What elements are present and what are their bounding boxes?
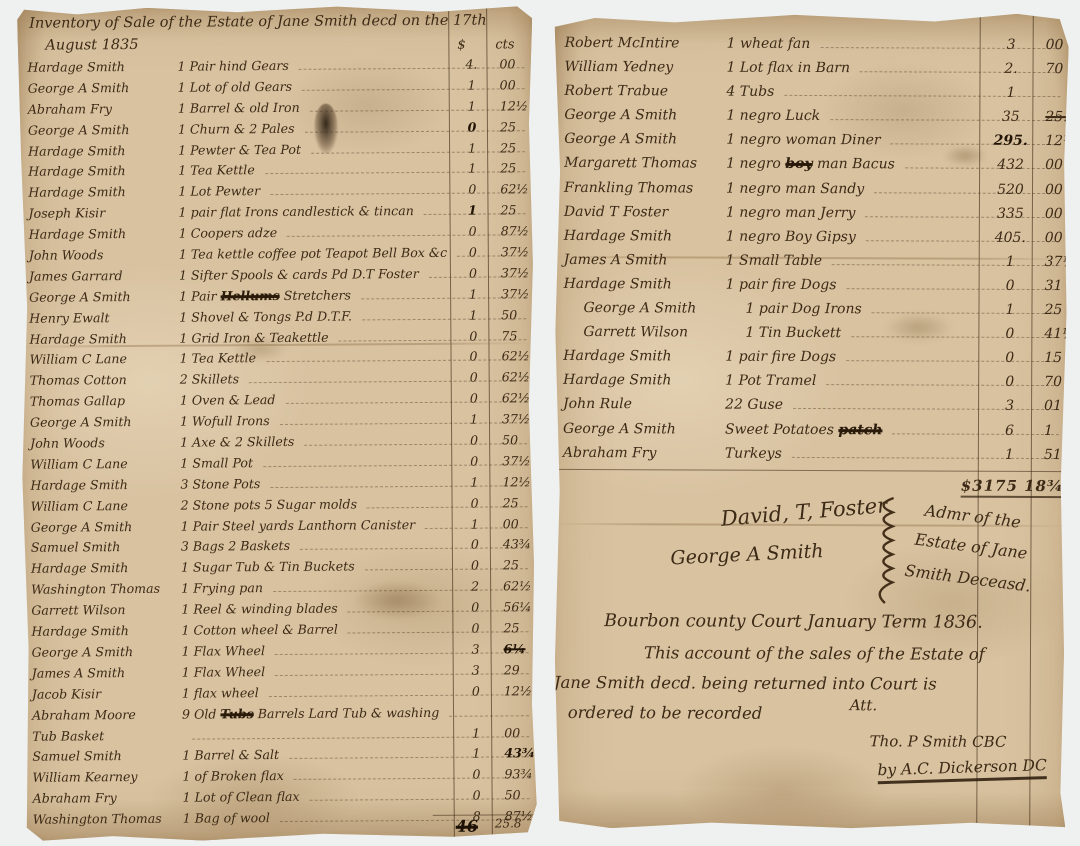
price-cents: 25 <box>503 495 545 510</box>
table-row: John Rule 22 Guse 3 01 <box>563 396 1067 422</box>
item-description: 2 Stone pots 5 Sugar molds <box>181 496 358 512</box>
price-cents: 70 <box>1046 61 1079 77</box>
item-text: 1 Grid Iron & Teakettle <box>179 329 328 345</box>
price-dollars: 4. <box>448 56 494 71</box>
item-text: 1 Sifter Spools & cards Pd D.T Foster <box>179 266 419 283</box>
clerk-signature: Tho. P Smith CBC <box>870 732 1007 751</box>
item-description: 1 Lot flax in Barn <box>727 60 851 77</box>
item-text: 1 Barrel & Salt <box>182 747 279 763</box>
price-cents: 75 <box>501 328 543 343</box>
item-description: 9 Old Tubs Barrels Lard Tub & washing <box>182 704 439 721</box>
price-dollars: 0 <box>453 683 499 698</box>
item-text: 1 Axe & 2 Skillets <box>180 434 294 450</box>
buyer-name: William Yedney <box>565 59 727 76</box>
item-description: 1 pair flat Irons candlestick & tincan <box>178 203 413 220</box>
buyer-name: Tub Basket <box>32 727 182 743</box>
price-dollars: 335 <box>981 205 1040 221</box>
price-dollars: 1 <box>450 286 496 301</box>
buyer-name: Robert McIntire <box>565 35 727 52</box>
buyer-name: Hardage Smith <box>31 560 181 576</box>
attest-mark: Att. <box>850 696 877 714</box>
price-cents: 70 <box>1044 374 1077 390</box>
price-dollars: 1 <box>449 98 495 113</box>
struck-word: Tubs <box>220 706 253 721</box>
inventory-page-left: Inventory of Sale of the Estate of Jane … <box>17 4 538 842</box>
item-text: 1 negro Boy Gipsy <box>726 228 856 245</box>
inventory-page-right: Robert McIntire 1 wheat fan 3 00 William… <box>551 11 1069 833</box>
item-description: 1 Small Pot <box>180 455 253 471</box>
buyer-name: William C Lane <box>30 456 180 472</box>
price-dollars: 1 <box>981 85 1040 101</box>
buyer-name: George A Smith <box>563 300 745 317</box>
page-title-date: August 1835 <box>45 37 138 54</box>
table-row: Hardage Smith 1 Pot Tramel 0 70 <box>563 372 1067 398</box>
item-description: 1 Wofull Irons <box>180 413 270 429</box>
item-text: 1 wheat fan <box>727 36 811 52</box>
dash-leader <box>348 610 529 612</box>
price-cents: 25 <box>1044 302 1077 318</box>
buyer-name: George A Smith <box>564 131 726 148</box>
buyer-name: Abraham Fry <box>28 100 178 116</box>
price-dollars: 1 <box>450 307 496 322</box>
buyer-name: William Kearney <box>32 769 182 785</box>
table-row: Robert Trabue 4 Tubs 1 <box>564 83 1068 109</box>
price-cents: 00 <box>504 725 546 740</box>
price-dollars: 0 <box>451 432 497 447</box>
price-cents: 00 <box>1045 157 1078 173</box>
buyer-name: Abraham Fry <box>563 445 725 462</box>
item-text: 3 Stone Pots <box>180 476 260 492</box>
price-cents: 25 <box>500 140 542 155</box>
item-description: 1 Churn & 2 Pales <box>178 121 295 137</box>
item-description: 1 Flax Wheel <box>182 664 265 680</box>
item-description: 1 Barrel & Salt <box>182 747 279 763</box>
table-row: Margarett Thomas 1 negro boy man Bacus 4… <box>564 155 1068 181</box>
table-row: George A Smith 1 pair Dog Irons 1 25 <box>563 300 1067 326</box>
item-description: 1 Cotton wheel & Barrel <box>181 622 337 638</box>
item-text-end: man Bacus <box>813 156 895 172</box>
item-description: 1 Pewter & Tea Pot <box>178 141 301 157</box>
item-description: 1 Shovel & Tongs P.d D.T.F. <box>179 308 352 324</box>
item-text: 1 Barrel & old Iron <box>178 100 300 116</box>
document-scan: Inventory of Sale of the Estate of Jane … <box>0 0 1080 846</box>
price-dollars: 1 <box>449 161 495 176</box>
item-text-end: Barrels Lard Tub & washing <box>254 704 440 720</box>
buyer-name: Garrett Wilson <box>31 602 181 618</box>
price-cents: 00 <box>500 77 542 92</box>
buyer-name: James A Smith <box>32 665 182 681</box>
page-title: Inventory of Sale of the Estate of Jane … <box>29 13 487 32</box>
item-description: Turkeys <box>725 445 782 461</box>
buyer-name: George A Smith <box>30 414 180 430</box>
buyer-name: James A Smith <box>564 252 726 269</box>
item-text: 1 Pot Tramel <box>725 373 816 389</box>
item-text: 1 Wofull Irons <box>180 413 270 429</box>
price-dollars: 0 <box>454 788 500 803</box>
price-cents: 37½ <box>502 453 544 468</box>
court-order-note: Bourbon county Court January Term 1836. … <box>551 611 1058 798</box>
price-dollars: 0 <box>453 767 499 782</box>
price-dollars: 1 <box>451 474 497 489</box>
item-description: 1 Coopers adze <box>179 225 278 241</box>
buyer-name: Hardage Smith <box>29 226 179 242</box>
price-dollars: 295. <box>981 133 1040 149</box>
item-text: 1 Sugar Tub & Tin Buckets <box>181 559 355 575</box>
buyer-name: George A Smith <box>563 420 725 437</box>
price-cents: 1 <box>1044 423 1077 439</box>
price-dollars: 0 <box>980 374 1039 390</box>
price-dollars: 0 <box>452 558 498 573</box>
buyer-name: William C Lane <box>31 497 181 513</box>
buyer-name: Hardage Smith <box>28 163 178 179</box>
item-text: 1 Flax Wheel <box>182 643 265 659</box>
buyer-name: Joseph Kisir <box>28 205 178 221</box>
price-cents: 37½ <box>501 244 543 259</box>
price-dollars: 0 <box>449 182 495 197</box>
item-description: 1 Lot Pewter <box>178 183 260 199</box>
item-text: 1 negro man Jerry <box>726 204 856 221</box>
item-text: 1 Pair hind Gears <box>177 58 288 74</box>
item-text: 1 Shovel & Tongs P.d D.T.F. <box>179 308 352 324</box>
admr-line-2: Estate of Jane <box>914 530 1029 563</box>
price-cents: 12½ <box>502 474 544 489</box>
price-cents: 00 <box>1045 182 1078 198</box>
item-description: 1 Small Table <box>726 252 822 268</box>
item-description: 1 Frying pan <box>181 580 263 596</box>
buyer-name: Jacob Kisir <box>32 685 182 701</box>
price-dollars: 405. <box>981 229 1040 245</box>
total-cents: 25.8 <box>495 816 537 830</box>
price-dollars: 0 <box>450 349 496 364</box>
price-cents: 56¼ <box>503 599 545 614</box>
item-text: 1 Frying pan <box>181 580 263 596</box>
price-cents: 87½ <box>501 223 543 238</box>
price-dollars: 0 <box>450 224 496 239</box>
item-description: 1 negro woman Diner <box>726 132 880 149</box>
price-dollars: 3 <box>453 662 499 677</box>
item-description: 1 Pair hind Gears <box>177 58 288 74</box>
item-description: 2 Skillets <box>180 372 239 387</box>
court-line: This account of the sales of the Estate … <box>644 643 985 663</box>
item-text: 1 negro man Sandy <box>726 180 864 197</box>
item-text: 1 negro woman Diner <box>726 132 880 149</box>
item-text: 4 Tubs <box>726 84 774 100</box>
price-dollars: 1 <box>981 254 1040 270</box>
item-description: 1 Axe & 2 Skillets <box>180 434 294 450</box>
item-text: 1 pair flat Irons candlestick & tincan <box>178 203 413 220</box>
item-description: 1 Barrel & old Iron <box>178 100 300 116</box>
price-dollars: 0 <box>449 119 495 134</box>
price-cents: 43¾ <box>503 537 545 552</box>
item-description: 1 Sugar Tub & Tin Buckets <box>181 559 355 575</box>
buyer-name: Samuel Smith <box>31 539 181 555</box>
buyer-name: George A Smith <box>28 80 178 96</box>
price-cents: 00 <box>1046 37 1079 53</box>
item-description: 1 flax wheel <box>182 685 259 701</box>
item-text: 1 pair Dog Irons <box>745 301 861 318</box>
court-line: ordered to be recorded <box>568 703 763 723</box>
price-dollars: 0 <box>450 244 496 259</box>
total-dollars: 46 <box>444 817 490 836</box>
item-text: 1 Lot flax in Barn <box>727 60 851 77</box>
item-description: 1 Oven & Lead <box>180 392 276 408</box>
buyer-name: George A Smith <box>32 644 182 660</box>
buyer-name: Thomas Cotton <box>30 372 180 388</box>
item-description: 1 Tea Kettle <box>178 163 255 179</box>
dash-leader <box>339 339 527 341</box>
price-cents: 25 <box>500 161 542 176</box>
table-row: George A Smith Sweet Potatoes patch 6 1 <box>563 420 1067 446</box>
table-row: Hardage Smith 1 pair fire Dogs 0 31 <box>564 276 1068 302</box>
price-dollars: 6 <box>980 422 1039 438</box>
item-description: 1 of Broken flax <box>182 768 283 784</box>
buyer-name: Hardage Smith <box>563 372 725 389</box>
price-dollars: 1 <box>449 203 495 218</box>
item-text: 1 Tea Kettle <box>179 351 256 367</box>
buyer-name: Hardage Smith <box>564 228 726 245</box>
price-cents: 50 <box>502 432 544 447</box>
admr-line-1: Admr of the <box>924 501 1022 532</box>
table-row: Garrett Wilson 1 Tin Buckett 0 41¼ <box>563 324 1067 350</box>
price-cents: 51½ <box>1044 447 1077 463</box>
item-text: 1 Lot of Clean flax <box>183 789 300 805</box>
court-line: Bourbon county Court January Term 1836. <box>604 611 983 633</box>
price-dollars: 520 <box>981 181 1040 197</box>
price-cents: 31 <box>1045 278 1078 294</box>
buyer-name: Hardage Smith <box>563 348 725 365</box>
page-total-row: 46 25.8 <box>23 816 538 842</box>
buyer-name: Samuel Smith <box>32 748 182 764</box>
price-cents: 37½ <box>501 286 543 301</box>
buyer-name: George A Smith <box>28 121 178 137</box>
table-row: William Yedney 1 Lot flax in Barn 2. 70 <box>564 59 1068 85</box>
buyer-name: Hardage Smith <box>30 476 180 492</box>
buyer-name: Thomas Gallap <box>30 393 180 409</box>
buyer-name: David T Foster <box>564 204 726 221</box>
price-dollars: 0 <box>980 326 1039 342</box>
price-dollars: 0 <box>452 600 498 615</box>
price-dollars: 2. <box>982 61 1041 77</box>
buyer-name: William C Lane <box>29 351 179 367</box>
item-description: 1 negro Luck <box>726 108 820 124</box>
price-cents: 43¾ <box>504 746 546 761</box>
price-dollars: 2 <box>452 579 498 594</box>
price-cents: 62½ <box>500 181 542 196</box>
buyer-name: George A Smith <box>31 518 181 534</box>
item-description: 1 Reel & winding blades <box>181 601 338 617</box>
price-cents: 25 <box>500 119 542 134</box>
buyer-name: James Garrard <box>29 268 179 284</box>
item-description: 1 Pot Tramel <box>725 373 816 389</box>
item-description: 1 negro Boy Gipsy <box>726 228 856 245</box>
price-cents: 25. <box>1045 109 1078 125</box>
price-cents: 62½ <box>503 578 545 593</box>
price-dollars: 1 <box>451 412 497 427</box>
table-row: Hardage Smith 1 negro Boy Gipsy 405. 00 <box>564 228 1068 254</box>
item-description: Sweet Potatoes patch <box>725 421 883 438</box>
signature-george-a-smith: George A Smith <box>670 540 824 569</box>
table-row: David T Foster 1 negro man Jerry 335 00 <box>564 204 1068 230</box>
price-cents: 62½ <box>502 370 544 385</box>
struck-word: boy <box>785 156 812 172</box>
item-description: 3 Bags 2 Baskets <box>181 538 290 554</box>
dollar-column-header: $ <box>457 38 465 53</box>
price-dollars: 1 <box>449 77 495 92</box>
item-text: 1 Cotton wheel & Barrel <box>181 622 337 638</box>
item-text: 2 Skillets <box>180 372 239 387</box>
item-description: 4 Tubs <box>726 84 774 100</box>
price-dollars: 0 <box>980 350 1039 366</box>
item-text: 1 Tin Buckett <box>745 325 841 341</box>
item-text: 1 Lot of old Gears <box>178 79 293 95</box>
item-description: 1 negro boy man Bacus <box>726 156 895 173</box>
court-line: Jane Smith decd. being returned into Cou… <box>554 673 937 694</box>
price-cents: 25 <box>503 620 545 635</box>
brace-squiggle <box>870 494 900 608</box>
buyer-name: Hardage Smith <box>28 142 178 158</box>
item-text: 1 flax wheel <box>182 685 259 701</box>
item-description: 1 Grid Iron & Teakettle <box>179 329 328 345</box>
item-text: 9 Old <box>182 706 221 721</box>
item-text: 1 Reel & winding blades <box>181 601 338 617</box>
item-description: 1 Pair Steel yards Lanthorn Canister <box>181 517 416 534</box>
price-cents: 41¼ <box>1044 326 1077 342</box>
item-text: 1 Small Table <box>726 252 822 268</box>
item-text: 1 Coopers adze <box>179 225 278 241</box>
table-row: Robert McIntire 1 wheat fan 3 00 <box>565 35 1069 61</box>
item-description: 1 negro man Sandy <box>726 180 864 197</box>
buyer-name: John Rule <box>563 396 725 413</box>
price-dollars: 0 <box>452 537 498 552</box>
item-text: Turkeys <box>725 445 782 461</box>
item-description: 1 Sifter Spools & cards Pd D.T Foster <box>179 266 419 283</box>
item-text: 1 Lot Pewter <box>178 183 260 199</box>
item-text: 1 pair fire Dogs <box>725 349 836 365</box>
buyer-name: Garrett Wilson <box>563 324 745 341</box>
price-dollars: 1 <box>453 725 499 740</box>
item-text: 22 Guse <box>725 397 783 413</box>
item-text: 1 Small Pot <box>180 455 253 471</box>
price-dollars: 0 <box>450 265 496 280</box>
buyer-name: Hardage Smith <box>27 59 177 75</box>
item-description: 1 pair Dog Irons <box>745 301 861 318</box>
buyer-name: Hardage Smith <box>28 184 178 200</box>
price-dollars: 3 <box>453 641 499 656</box>
buyer-name: Henry Ewalt <box>29 309 179 325</box>
price-dollars: 0 <box>981 278 1040 294</box>
struck-word: Hellums <box>221 288 280 303</box>
buyer-name: John Woods <box>30 435 180 451</box>
sale-rows-right: Robert McIntire 1 wheat fan 3 00 William… <box>563 35 1069 471</box>
item-text: 1 Pewter & Tea Pot <box>178 141 301 157</box>
item-description: 3 Stone Pots <box>180 476 260 492</box>
item-text-end: Stretchers <box>280 287 351 302</box>
price-dollars: 0 <box>450 328 496 343</box>
price-cents: 00 <box>1045 206 1078 222</box>
price-cents: 6¼ <box>504 641 546 656</box>
buyer-name: Abraham Fry <box>33 790 183 806</box>
item-text: 3 Bags 2 Baskets <box>181 538 290 554</box>
price-dollars: 0 <box>451 391 497 406</box>
price-cents: 25 <box>503 558 545 573</box>
price-cents: 93¾ <box>504 766 546 781</box>
item-text: 1 Tea Kettle <box>178 163 255 179</box>
item-text: 1 Pair <box>179 288 221 303</box>
item-text: 2 Stone pots 5 Sugar molds <box>181 496 358 512</box>
price-dollars: 3 <box>982 37 1041 53</box>
item-text: 1 negro Luck <box>726 108 820 124</box>
buyer-name: Margarett Thomas <box>564 155 726 172</box>
price-dollars: 1 <box>980 302 1039 318</box>
price-cents: 37½ <box>1045 254 1078 270</box>
item-text: 1 of Broken flax <box>182 768 283 784</box>
price-cents: 00 <box>1045 230 1078 246</box>
item-description: 1 Pair Hellums Stretchers <box>179 287 351 303</box>
price-dollars: 0 <box>452 621 498 636</box>
price-cents: 15 <box>1044 350 1077 366</box>
buyer-name: Washington Thomas <box>31 581 181 597</box>
item-description: 22 Guse <box>725 397 783 413</box>
price-dollars: 1 <box>452 516 498 531</box>
struck-word: patch <box>838 422 882 438</box>
price-cents: 00 <box>499 56 541 71</box>
dash-leader <box>348 631 529 633</box>
item-description: 1 negro man Jerry <box>726 204 856 221</box>
table-row: James A Smith 1 Small Table 1 37½ <box>564 252 1068 278</box>
price-cents: 12½ <box>500 98 542 113</box>
item-description: 1 Lot of Clean flax <box>183 789 300 805</box>
price-cents: 25 <box>500 202 542 217</box>
item-description: 1 Lot of old Gears <box>178 79 293 95</box>
price-dollars: 0 <box>451 453 497 468</box>
admr-line-3: Smith Deceasd. <box>904 561 1032 596</box>
price-cents: 37½ <box>502 411 544 426</box>
table-row: George A Smith 1 negro woman Diner 295. … <box>564 131 1068 157</box>
price-cents: 00 <box>503 516 545 531</box>
item-text: 1 pair fire Dogs <box>726 277 837 293</box>
buyer-name: Frankling Thomas <box>564 179 726 196</box>
price-cents: 50 <box>505 787 547 802</box>
table-row: Hardage Smith 1 pair fire Dogs 0 15 <box>563 348 1067 374</box>
price-cents: 12½ <box>1045 133 1078 149</box>
buyer-name: Abraham Moore <box>32 706 182 722</box>
item-description: 1 Tin Buckett <box>745 325 841 341</box>
item-text: 1 Oven & Lead <box>180 392 276 408</box>
price-cents: 29 <box>504 662 546 677</box>
buyer-name: Robert Trabue <box>564 83 726 100</box>
price-cents: 12½ <box>504 683 546 698</box>
price-dollars: 1 <box>453 746 499 761</box>
price-dollars: 0 <box>452 495 498 510</box>
buyer-name: John Woods <box>29 247 179 263</box>
buyer-name: George A Smith <box>564 107 726 124</box>
price-cents: 01 <box>1044 398 1077 414</box>
cents-column-header: cts <box>495 37 514 52</box>
item-text: 1 Tea kettle coffee pot Teapot Bell Box … <box>179 245 447 262</box>
buyer-name: Hardage Smith <box>564 276 726 293</box>
price-cents: 62½ <box>501 349 543 364</box>
item-description: 1 Tea kettle coffee pot Teapot Bell Box … <box>179 245 447 262</box>
price-dollars: 432 <box>981 157 1040 173</box>
price-dollars: 35 <box>981 109 1040 125</box>
table-row: George A Smith 1 negro Luck 35 25. <box>564 107 1068 133</box>
price-cents: 37½ <box>501 265 543 280</box>
price-dollars: 3 <box>980 398 1039 414</box>
price-dollars: 1 <box>980 446 1039 462</box>
buyer-name: George A Smith <box>29 288 179 304</box>
item-text: 1 negro <box>726 156 785 172</box>
price-dollars: 1 <box>449 140 495 155</box>
